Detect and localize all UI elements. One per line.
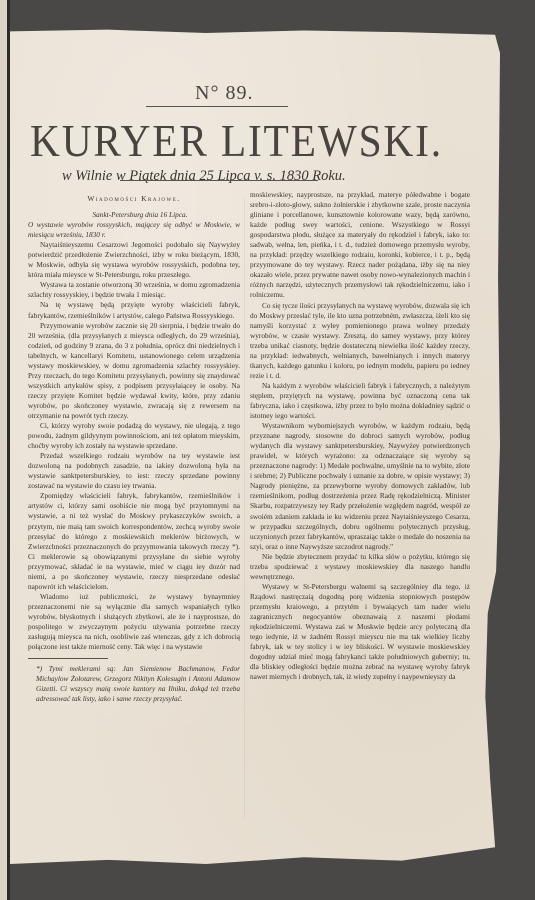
footnote: *) Tymi meklerami są: Jan Siemienow Bach…: [28, 664, 240, 704]
paragraph: Naytaiśnieyszemu Cesarzowi Jegomości pod…: [28, 240, 240, 280]
paragraph: Przyymowanie wyrobów zacznie się 20 sier…: [28, 321, 240, 421]
masthead-rule-bottom: [120, 180, 318, 181]
paragraph: Nie będzie zbytecznem przydać tu kilka s…: [250, 552, 470, 582]
footnote-rule: [28, 658, 108, 659]
paragraph: Wystawa ta zostanie otworzoną 30 wrześni…: [28, 280, 240, 300]
section-heading: Wiadomości Krajowe.: [28, 194, 240, 204]
left-column: Wiadomości Krajowe. Sankt-Petersburg dni…: [28, 190, 240, 830]
newspaper-page: N° 89. KURYER LITEWSKI. w Wilnie w Piąte…: [10, 28, 500, 864]
paragraph: Wystawnikom wyborniejszych wyrobów, w ka…: [250, 421, 470, 552]
paragraph: Zpomiędzy właścicieli fabryk, fabrykantó…: [28, 491, 240, 591]
paragraph: Ci, którzy wyroby swoie podadzą do wysta…: [28, 421, 240, 451]
place-date: Sankt-Petersburg dnia 16 Lipca.: [28, 210, 240, 220]
column-gutter: [244, 198, 245, 818]
article-subheading: O wystawie wyrobów rossyyskich, mającey …: [28, 220, 240, 240]
paragraph: Wystawy w St-Petersburgu walnemi są szcz…: [250, 582, 470, 682]
paragraph: moskiewskiey, nayprostsze, na przykład, …: [250, 190, 470, 301]
newspaper-dateline: w Wilnie w Piątek dnia 25 Lipca v. s. 18…: [62, 168, 402, 185]
issue-number: N° 89.: [195, 82, 253, 105]
paragraph: Wiadomo iuż publiczności, że wystawy byn…: [28, 592, 240, 652]
paragraph: Na tę wystawę będą przyięte wyroby właśc…: [28, 300, 240, 320]
masthead-rule-top: [146, 106, 288, 107]
paragraph: Na każdym z wyrobów właścicieli fabryk i…: [250, 381, 470, 421]
paragraph: Przedaż wszelkiego rodzaiu wyrobów na te…: [28, 451, 240, 491]
newspaper-title: KURYER LITEWSKI.: [30, 114, 390, 167]
right-column: moskiewskiey, nayprostsze, na przykład, …: [250, 190, 470, 790]
binding-edge: [7, 0, 10, 900]
paragraph: Co się tycze ilości przysyłanych na wyst…: [250, 301, 470, 381]
